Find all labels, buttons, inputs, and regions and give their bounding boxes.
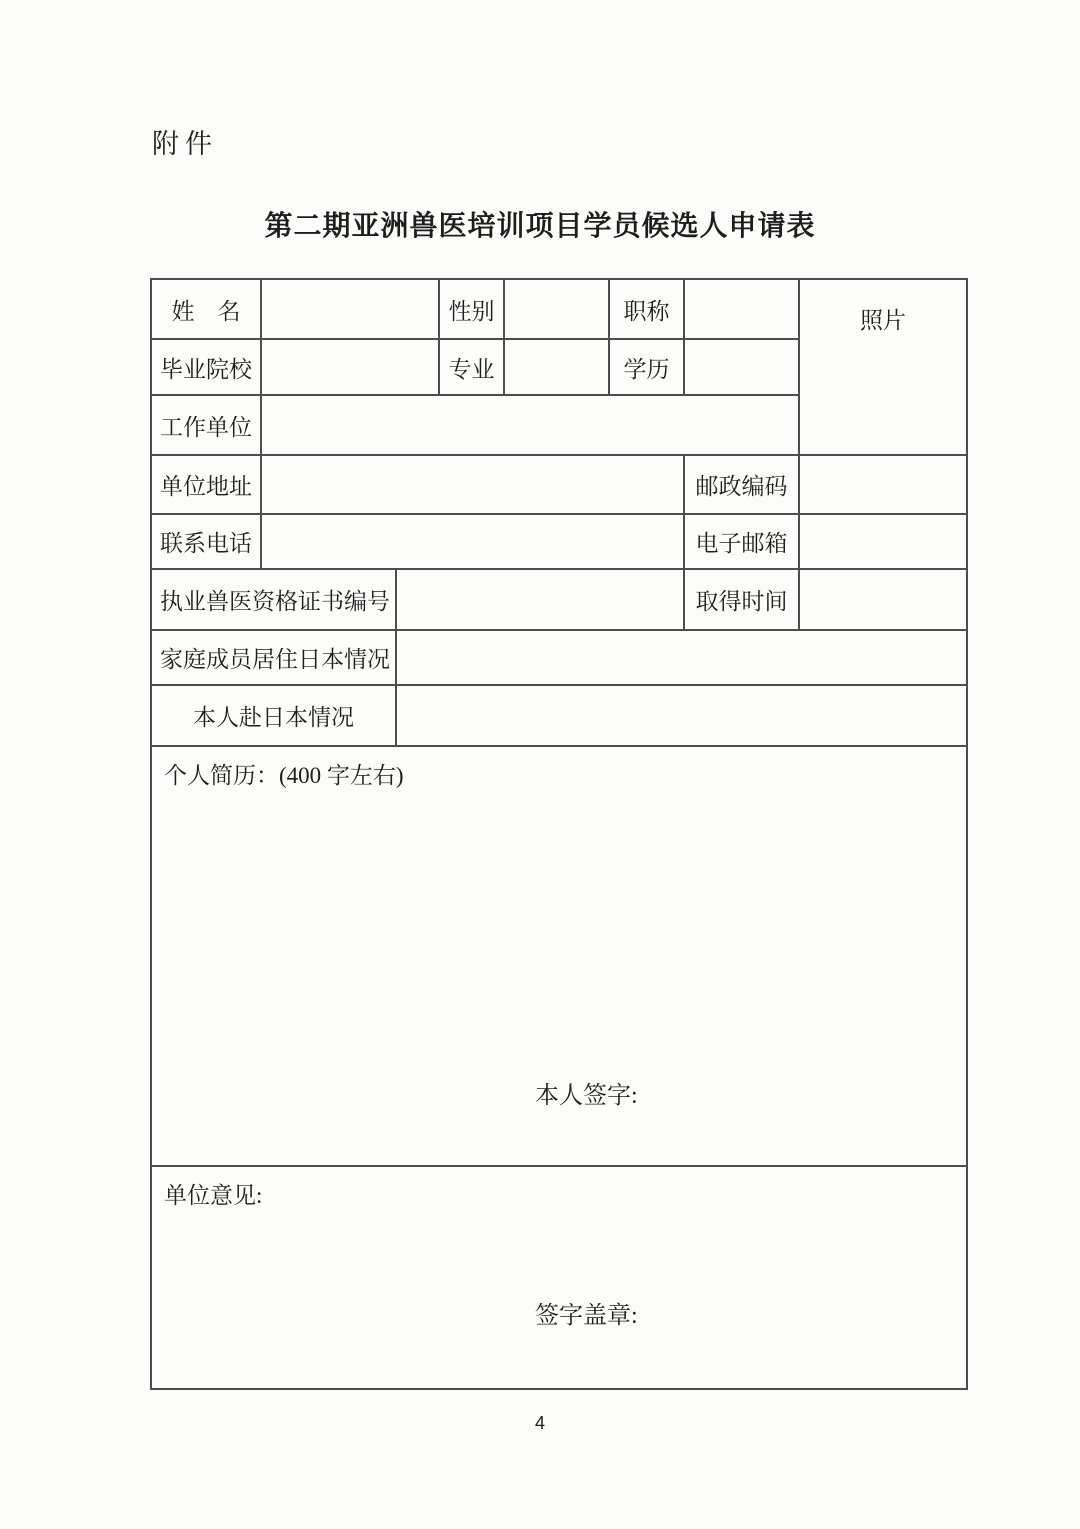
job-title-label-cell: 职称 xyxy=(610,280,685,340)
self-signature-label: 本人签字: xyxy=(535,1075,638,1110)
application-form-table: 姓 名 性别 职称 照片 毕业院校 专业 学历 工作单位 单位地址 邮政编码 联… xyxy=(150,278,968,1390)
unit-address-label-cell: 单位地址 xyxy=(152,456,262,515)
job-title-value-cell xyxy=(685,280,800,340)
postal-code-label-cell: 邮政编码 xyxy=(685,456,800,515)
obtain-time-value-cell xyxy=(800,570,966,631)
unit-address-value-cell xyxy=(262,456,685,515)
signature-seal-label: 签字盖章: xyxy=(535,1295,638,1330)
degree-value-cell xyxy=(685,340,800,396)
name-value-cell xyxy=(262,280,440,340)
unit-opinion-label: 单位意见: xyxy=(164,1177,262,1210)
school-label-cell: 毕业院校 xyxy=(152,340,262,396)
phone-value-cell xyxy=(262,515,685,570)
name-label-cell: 姓 名 xyxy=(152,280,262,340)
scanned-document-page: { "page": { "attachment_label": "附件", "t… xyxy=(0,0,1080,1529)
obtain-time-label-cell: 取得时间 xyxy=(685,570,800,631)
gender-label-cell: 性别 xyxy=(440,280,505,340)
page-number: 4 xyxy=(0,1413,1080,1434)
license-number-label-cell: 执业兽医资格证书编号 xyxy=(152,570,397,631)
major-value-cell xyxy=(505,340,610,396)
resume-section: 个人简历：(400 字左右) 本人签字: xyxy=(152,747,966,1167)
degree-label-cell: 学历 xyxy=(610,340,685,396)
email-label-cell: 电子邮箱 xyxy=(685,515,800,570)
school-value-cell xyxy=(262,340,440,396)
postal-code-value-cell xyxy=(800,456,966,515)
email-value-cell xyxy=(800,515,966,570)
page-title: 第二期亚洲兽医培训项目学员候选人申请表 xyxy=(0,204,1080,244)
attachment-label: 附件 xyxy=(152,122,218,161)
self-to-japan-label-cell: 本人赴日本情况 xyxy=(152,686,397,747)
self-to-japan-value-cell xyxy=(397,686,966,747)
work-unit-label-cell: 工作单位 xyxy=(152,396,262,456)
family-in-japan-value-cell xyxy=(397,631,966,686)
resume-label: 个人简历：(400 字左右) xyxy=(164,757,404,790)
family-in-japan-label-cell: 家庭成员居住日本情况 xyxy=(152,631,397,686)
license-number-value-cell xyxy=(397,570,685,631)
major-label-cell: 专业 xyxy=(440,340,505,396)
unit-opinion-section: 单位意见: 签字盖章: xyxy=(152,1167,966,1388)
gender-value-cell xyxy=(505,280,610,340)
photo-cell: 照片 xyxy=(800,280,966,456)
work-unit-value-cell xyxy=(262,396,800,456)
phone-label-cell: 联系电话 xyxy=(152,515,262,570)
